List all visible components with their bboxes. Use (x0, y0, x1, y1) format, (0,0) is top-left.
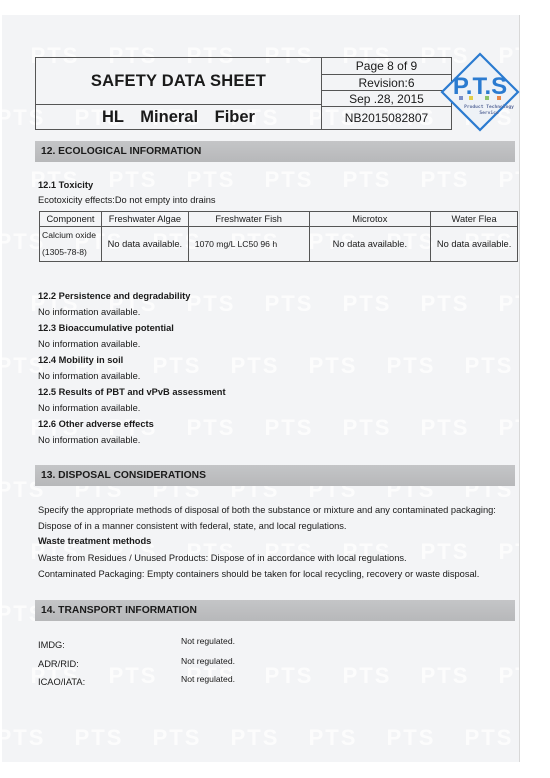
transport-label: IMDG: (38, 640, 65, 650)
revision-date: Sep .28, 2015 (322, 91, 451, 107)
transport-label: ADR/RID: (38, 659, 79, 669)
column-header: Component (40, 212, 102, 227)
logo-subtitle-2: Service (479, 110, 499, 116)
document-meta: Page 8 of 9 Revision:6 Sep .28, 2015 NB2… (322, 58, 451, 129)
water-flea-cell: No data available. (431, 227, 518, 262)
watermark-row: PTSPTSPTSPTSPTSPTSPTSPTS (2, 725, 519, 751)
disposal-line-1: Specify the appropriate methods of dispo… (38, 505, 496, 515)
document-number: NB2015082807 (322, 107, 451, 129)
transport-value: Not regulated. (181, 656, 235, 666)
column-header: Microtox (309, 212, 431, 227)
disposal-line-3: Waste from Residues / Unused Products: D… (38, 553, 407, 563)
revision: Revision:6 (322, 75, 451, 91)
component-cas: (1305-78-8) (42, 244, 99, 261)
subsection-text: No information available. (38, 339, 140, 349)
section-14-heading: 14. TRANSPORT INFORMATION (35, 600, 515, 621)
microtox-cell: No data available. (309, 227, 431, 262)
product-name: HL Mineral Fiber (36, 105, 322, 129)
subsection-heading: 12.6 Other adverse effects (38, 419, 154, 429)
logo-text: P.T.S (453, 73, 507, 100)
transport-label: ICAO/IATA: (38, 677, 85, 687)
waste-treatment-heading: Waste treatment methods (38, 536, 151, 546)
ecotoxicity-note: Ecotoxicity effects:Do not empty into dr… (38, 195, 216, 205)
disposal-line-4: Contaminated Packaging: Empty containers… (38, 569, 479, 579)
page-number: Page 8 of 9 (322, 58, 451, 75)
section-13-heading: 13. DISPOSAL CONSIDERATIONS (35, 465, 515, 486)
transport-value: Not regulated. (181, 636, 235, 646)
subsection-text: No information available. (38, 403, 140, 413)
subsection-text: No information available. (38, 435, 140, 445)
section-12-heading: 12. ECOLOGICAL INFORMATION (35, 141, 515, 162)
transport-value: Not regulated. (181, 674, 235, 684)
toxicity-table: Component Freshwater Algae Freshwater Fi… (39, 211, 518, 262)
document-title: SAFETY DATA SHEET (36, 58, 322, 105)
table-row: Calcium oxide (1305-78-8) No data availa… (40, 227, 518, 262)
column-header: Freshwater Fish (188, 212, 309, 227)
logo-subtitle-1: Product Technology (464, 104, 514, 110)
table-header-row: Component Freshwater Algae Freshwater Fi… (40, 212, 518, 227)
document-header: SAFETY DATA SHEET HL Mineral Fiber Page … (35, 57, 452, 130)
subsection-heading: 12.3 Bioaccumulative potential (38, 323, 174, 333)
disposal-line-2: Dispose of in a manner consistent with f… (38, 521, 347, 531)
freshwater-fish-cell: 1070 mg/L LC50 96 h (188, 227, 309, 262)
component-name: Calcium oxide (42, 227, 99, 244)
freshwater-algae-cell: No data available. (101, 227, 188, 262)
subsection-heading: 12.2 Persistence and degradability (38, 291, 190, 301)
pts-logo-icon: P.T.S Product Technology Service (440, 52, 520, 132)
subsection-heading: 12.5 Results of PBT and vPvB assessment (38, 387, 226, 397)
subsection-heading: 12.4 Mobility in soil (38, 355, 123, 365)
watermark-row: PTSPTSPTSPTSPTSPTSPTSPTS (16, 663, 519, 689)
component-cell: Calcium oxide (1305-78-8) (40, 227, 102, 262)
toxicity-heading: 12.1 Toxicity (38, 180, 93, 190)
column-header: Water Flea (431, 212, 518, 227)
subsection-text: No information available. (38, 307, 140, 317)
subsection-text: No information available. (38, 371, 140, 381)
column-header: Freshwater Algae (101, 212, 188, 227)
